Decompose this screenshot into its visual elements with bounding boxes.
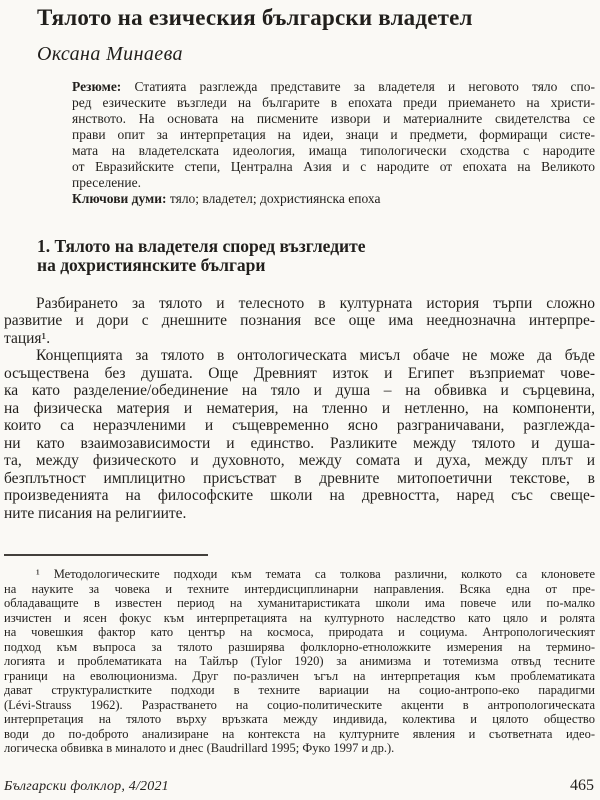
footnote-line: дават структуралистките подходи в технит… bbox=[4, 683, 595, 698]
body-paragraph-1: Разбирането за тялото и телесното в култ… bbox=[4, 295, 595, 348]
body-text-line: ни като взаимозависимости и единство. Ра… bbox=[4, 435, 595, 453]
section-heading: 1. Тялото на владетеля според възгледите… bbox=[37, 237, 595, 276]
footnote-line: изчистен и ясен фокус към интерпретацият… bbox=[4, 611, 595, 626]
body-text-line: произведенията на философските школи на … bbox=[4, 487, 595, 505]
page-footer: Български фолклор, 4/2021 465 bbox=[4, 777, 595, 795]
keywords-label: Ключови думи: bbox=[72, 191, 167, 206]
abstract: Резюме: Статията разглежда представите з… bbox=[72, 79, 595, 207]
abstract-line-text: Статията разглежда представите за владет… bbox=[134, 79, 595, 94]
body-text-line: на физическа материя и нематерия, на тле… bbox=[4, 400, 595, 418]
footnote-line: ¹ Методологическите подходи към темата с… bbox=[4, 567, 595, 582]
body-text-line: ните писания на религиите. bbox=[4, 505, 595, 523]
journal-title: Български фолклор, 4/2021 bbox=[4, 779, 169, 795]
keywords-text: тяло; владетел; дохристиянска епоха bbox=[170, 191, 381, 206]
body-text-line: развитие и дори с днешните познания все … bbox=[4, 312, 595, 330]
body-paragraph-2: Концепцията за тялото в онтологическата … bbox=[4, 347, 595, 522]
scanned-paper-page: Тялото на езическия български владетел О… bbox=[0, 0, 600, 795]
footnote: ¹ Методологическите подходи към темата с… bbox=[4, 567, 595, 756]
body-text-line: Разбирането за тялото и телесното в култ… bbox=[4, 295, 595, 313]
abstract-line: прави опит за интерпретация на идеи, зна… bbox=[72, 127, 595, 143]
footnote-separator bbox=[4, 554, 208, 556]
abstract-line: ред езическите възгледи на българите в е… bbox=[72, 95, 595, 111]
footnote-line: на науките за човека и техните интердисц… bbox=[4, 582, 595, 597]
footnote-line: логическа обвивка в миналото и днес (Bau… bbox=[4, 741, 595, 756]
abstract-line: от Евразийските степи, Централна Азия и … bbox=[72, 159, 595, 175]
footnote-line: граници на еволюционизма. Друг по-различ… bbox=[4, 669, 595, 684]
body-text-line: та, между физическото и духовното, между… bbox=[4, 452, 595, 470]
abstract-line: янството. На основата на писмените извор… bbox=[72, 111, 595, 127]
abstract-line: мата на владетелската идеология, имаща т… bbox=[72, 143, 595, 159]
footnote-line: води до по-доброто анализиране на контек… bbox=[4, 727, 595, 742]
body-text-line: тация¹. bbox=[4, 330, 595, 348]
footnote-line: обладаващите в известен период на хумани… bbox=[4, 596, 595, 611]
section-heading-line: на дохристиянските българи bbox=[37, 256, 595, 276]
abstract-line: Резюме: Статията разглежда представите з… bbox=[72, 79, 595, 95]
keywords-line: Ключови думи: тяло; владетел; дохристиян… bbox=[72, 191, 595, 207]
body-text-line: които са неразчленими и същевременно ясн… bbox=[4, 417, 595, 435]
body-text-line: Концепцията за тялото в онтологическата … bbox=[4, 347, 595, 365]
abstract-label: Резюме: bbox=[72, 79, 121, 94]
abstract-line: преселение. bbox=[72, 175, 595, 191]
body-text-line: безплътност имплицитно присъстват в древ… bbox=[4, 470, 595, 488]
body-text-line: ка като разделение/обединение на тяло и … bbox=[4, 382, 595, 400]
footnote-line: на човешкия фактор като център на космос… bbox=[4, 625, 595, 640]
author-name: Оксана Минаева bbox=[37, 43, 595, 66]
footnote-line: подход към въпроса за тялото разширява ф… bbox=[4, 640, 595, 655]
footnote-line: интерпретация на тялото върху връзката м… bbox=[4, 712, 595, 727]
footnote-line: логията и проблематиката на Тайлър (Tylo… bbox=[4, 654, 595, 669]
footnote-line: (Lévi-Strauss 1962). Разрастването на со… bbox=[4, 698, 595, 713]
body-text-line: осъществена без душата. Още Древният изт… bbox=[4, 365, 595, 383]
page-title: Тялото на езическия български владетел bbox=[37, 4, 595, 32]
section-heading-line: 1. Тялото на владетеля според възгледите bbox=[37, 237, 595, 257]
page-number: 465 bbox=[570, 777, 595, 795]
